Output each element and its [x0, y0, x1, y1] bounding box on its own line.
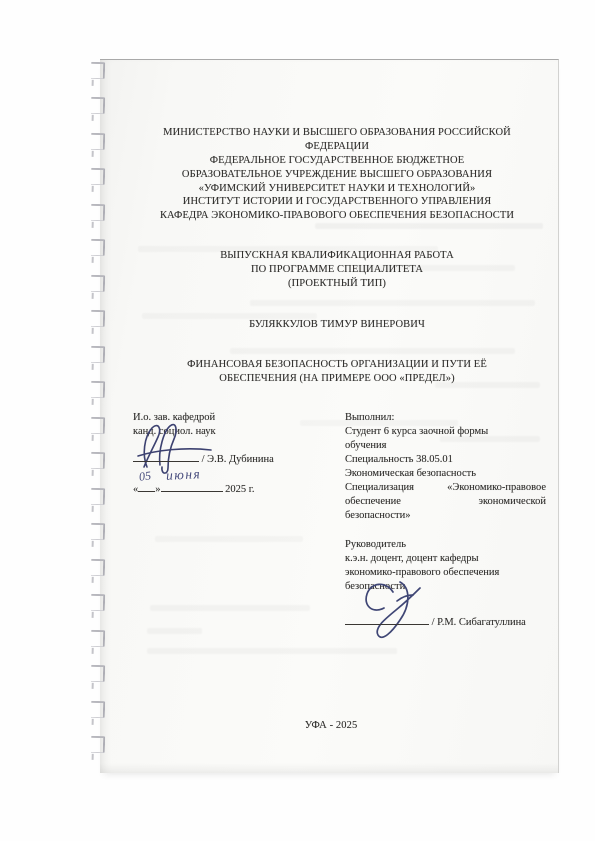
- binding-ring-icon: [91, 168, 105, 185]
- binding-ring-icon: [91, 381, 105, 398]
- approval-block: И.о. зав. кафедрой канд. социол. наук / …: [133, 411, 313, 497]
- specialization-word: Специализация: [345, 481, 414, 495]
- specialization-line: Специализация «Экономико-правовое: [345, 481, 546, 495]
- supervisor-line: безопасности: [345, 580, 546, 594]
- work-type-line: ВЫПУСКНАЯ КВАЛИФИКАЦИОННАЯ РАБОТА: [130, 249, 544, 263]
- thesis-title: ФИНАНСОВАЯ БЕЗОПАСНОСТЬ ОРГАНИЗАЦИИ И ПУ…: [130, 358, 544, 386]
- binding-ring-icon: [91, 417, 105, 434]
- binding-ring-icon: [91, 346, 105, 363]
- specialty-line: Экономическая безопасность: [345, 467, 546, 481]
- binding-ring-icon: [91, 523, 105, 540]
- specialty-line: Специальность 38.05.01: [345, 453, 546, 467]
- ministry-line: ОБРАЗОВАТЕЛЬНОЕ УЧРЕЖДЕНИЕ ВЫСШЕГО ОБРАЗ…: [130, 168, 544, 182]
- signature-blank-line: [345, 614, 429, 625]
- handwritten-month: июня: [165, 467, 201, 483]
- institute-line: ИНСТИТУТ ИСТОРИИ И ГОСУДАРСТВЕННОГО УПРА…: [130, 195, 544, 209]
- specialization-line: обеспечение экономической: [345, 495, 546, 509]
- supervisor-block: Руководитель к.э.н. доцент, доцент кафед…: [345, 538, 546, 630]
- specialization-word: «Экономико-правовое: [447, 481, 546, 495]
- binding-ring-icon: [91, 594, 105, 611]
- thesis-title-line: ОБЕСПЕЧЕНИЯ (НА ПРИМЕРЕ ООО «ПРЕДЕЛ»): [130, 372, 544, 386]
- approval-date-row: «05»июня 2025 г.: [133, 481, 313, 497]
- specialization-word: экономической: [478, 495, 546, 509]
- date-month-blank: июня: [161, 481, 223, 492]
- approver-degree: канд. социол. наук: [133, 425, 313, 439]
- document-content: МИНИСТЕРСТВО НАУКИ И ВЫСШЕГО ОБРАЗОВАНИЯ…: [100, 60, 558, 773]
- ministry-line: ФЕДЕРАЛЬНОЕ ГОСУДАРСТВЕННОЕ БЮДЖЕТНОЕ: [130, 154, 544, 168]
- binding-ring-icon: [91, 665, 105, 682]
- binding-ring-icon: [91, 133, 105, 150]
- approver-signature-row: / Э.В. Дубинина: [133, 451, 313, 467]
- binding-ring-icon: [91, 452, 105, 469]
- binding-ring-icon: [91, 488, 105, 505]
- department-line: КАФЕДРА ЭКОНОМИКО-ПРАВОВОГО ОБЕСПЕЧЕНИЯ …: [130, 209, 544, 223]
- work-type-line: ПО ПРОГРАММЕ СПЕЦИАЛИТЕТА: [130, 263, 544, 277]
- work-type-line: (ПРОЕКТНЫЙ ТИП): [130, 277, 544, 291]
- thesis-title-line: ФИНАНСОВАЯ БЕЗОПАСНОСТЬ ОРГАНИЗАЦИИ И ПУ…: [130, 358, 544, 372]
- approver-position: И.о. зав. кафедрой: [133, 411, 313, 425]
- work-type-block: ВЫПУСКНАЯ КВАЛИФИКАЦИОННАЯ РАБОТА ПО ПРО…: [130, 249, 544, 291]
- institute-header: ИНСТИТУТ ИСТОРИИ И ГОСУДАРСТВЕННОГО УПРА…: [130, 195, 544, 223]
- signature-blank-line: [133, 451, 199, 462]
- binding-ring-icon: [91, 701, 105, 718]
- student-line: обучения: [345, 439, 546, 453]
- ministry-line: МИНИСТЕРСТВО НАУКИ И ВЫСШЕГО ОБРАЗОВАНИЯ…: [130, 126, 544, 154]
- binding-ring-icon: [91, 736, 105, 753]
- binding-ring-icon: [91, 630, 105, 647]
- supervisor-line: к.э.н. доцент, доцент кафедры: [345, 552, 546, 566]
- supervisor-name: / Р.М. Сибагатуллина: [432, 617, 526, 628]
- performer-block: Выполнил: Студент 6 курса заочной формы …: [345, 411, 546, 630]
- comb-binding: [91, 62, 107, 762]
- binding-ring-icon: [91, 62, 105, 79]
- ministry-header: МИНИСТЕРСТВО НАУКИ И ВЫСШЕГО ОБРАЗОВАНИЯ…: [130, 126, 544, 196]
- student-line: Студент 6 курса заочной формы: [345, 425, 546, 439]
- specialization-word: обеспечение: [345, 495, 401, 509]
- approver-name: / Э.В. Дубинина: [202, 454, 274, 465]
- supervisor-heading: Руководитель: [345, 538, 546, 552]
- supervisor-line: экономико-правового обеспечения: [345, 566, 546, 580]
- binding-ring-icon: [91, 239, 105, 256]
- binding-ring-icon: [91, 97, 105, 114]
- binding-ring-icon: [91, 204, 105, 221]
- date-year: 2025 г.: [225, 484, 254, 495]
- author-name: БУЛЯККУЛОВ ТИМУР ВИНЕРОВИЧ: [130, 318, 544, 332]
- binding-ring-icon: [91, 559, 105, 576]
- handwritten-day: 05: [138, 468, 152, 483]
- supervisor-signature-row: / Р.М. Сибагатуллина: [345, 614, 546, 630]
- binding-ring-icon: [91, 310, 105, 327]
- binding-ring-icon: [91, 275, 105, 292]
- specialization-line: безопасности»: [345, 509, 546, 523]
- university-name: «УФИМСКИЙ УНИВЕРСИТЕТ НАУКИ И ТЕХНОЛОГИЙ…: [130, 182, 544, 196]
- scanned-title-page: МИНИСТЕРСТВО НАУКИ И ВЫСШЕГО ОБРАЗОВАНИЯ…: [100, 59, 559, 773]
- performer-heading: Выполнил:: [345, 411, 546, 425]
- city-year: УФА - 2025: [124, 719, 538, 733]
- date-day-blank: 05: [138, 481, 155, 492]
